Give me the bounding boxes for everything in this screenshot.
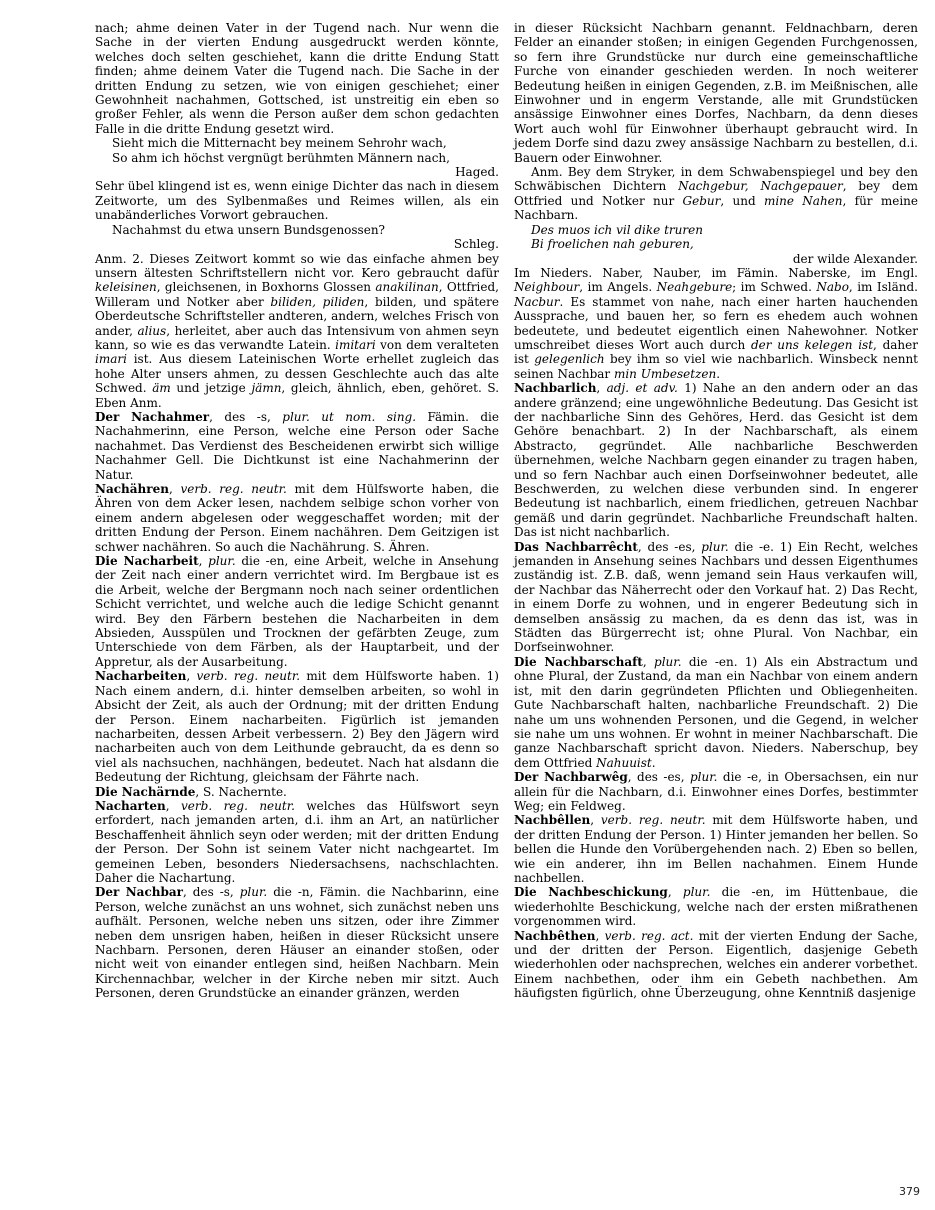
text-run: verb. reg. act.: [605, 929, 694, 943]
dictionary-entry: Der Nachahmer, des -s, plur. ut nom. sin…: [95, 410, 499, 482]
quote-attribution: Schleg.: [95, 237, 499, 251]
entry-headword: Nachähren: [95, 482, 169, 496]
entry-headword: Nacharbeiten: [95, 669, 186, 683]
text-run: Anm. 2. Dieses Zeitwort kommt so wie das…: [95, 252, 499, 280]
text-run: Neighbour: [514, 280, 579, 294]
text-run: plur.: [683, 885, 710, 899]
paragraph: nach; ahme deinen Vater in der Tugend na…: [95, 21, 499, 136]
text-run: plur.: [240, 885, 267, 899]
dictionary-entry: Nacharten, verb. reg. neutr. welches das…: [95, 799, 499, 885]
text-run: die -en, eine Arbeit, welche in Ansehung…: [95, 554, 499, 669]
text-run: plur.: [654, 655, 681, 669]
text-run: nach; ahme deinen Vater in der Tugend na…: [95, 21, 499, 136]
text-run: plur.: [208, 554, 235, 568]
text-run: ,: [595, 929, 604, 943]
text-run: , des -s,: [183, 885, 240, 899]
text-run: , gleichsenen, in Boxhorns Glossen: [157, 280, 376, 294]
entry-headword: Die Nacharbeit: [95, 554, 199, 568]
text-run: mit dem Hülfsworte haben. 1) Nach einem …: [95, 669, 499, 784]
text-run: imitari: [335, 338, 376, 352]
text-run: adj. et adv.: [607, 381, 678, 395]
verse-line: Sieht mich die Mitternacht bey meinem Se…: [95, 136, 499, 150]
text-run: Nahuuist: [596, 756, 652, 770]
entry-headword: Der Nachbarwêg: [514, 770, 628, 784]
text-run: keleisinen: [95, 280, 157, 294]
dictionary-entry: Die Nachärnde, S. Nachernte.: [95, 785, 499, 799]
entry-headword: Nachbêthen: [514, 929, 595, 943]
quote-attribution: der wilde Alexander.: [514, 252, 918, 266]
text-run: ,: [169, 482, 180, 496]
paragraph: Anm. Bey dem Stryker, in dem Schwabenspi…: [514, 165, 918, 223]
text-run: , des -es,: [638, 540, 701, 554]
text-run: und jetzige: [171, 381, 252, 395]
verse-line: Nachahmst du etwa unsern Bundsgenossen?: [95, 223, 499, 237]
paragraph: Anm. 2. Dieses Zeitwort kommt so wie das…: [95, 252, 499, 410]
text-run: ,: [590, 813, 601, 827]
text-run: min Umbesetzen: [614, 367, 716, 381]
text-run: 1) Nahe an den andern oder an das andere…: [514, 381, 918, 539]
text-run: biliden, piliden: [270, 295, 364, 309]
text-columns: nach; ahme deinen Vater in der Tugend na…: [0, 0, 935, 1001]
entry-headword: Die Nachärnde: [95, 785, 195, 799]
text-run: plur. ut nom. sing.: [282, 410, 416, 424]
dictionary-entry: Die Nacharbeit, plur. die -en, eine Arbe…: [95, 554, 499, 669]
text-run: .: [716, 367, 720, 381]
text-run: ,: [166, 799, 181, 813]
text-run: jämn: [251, 381, 281, 395]
text-run: in dieser Rücksicht Nachbarn genannt. Fe…: [514, 21, 918, 165]
verse-quote: Nachahmst du etwa unsern Bundsgenossen?: [95, 223, 499, 237]
text-run: verb. reg. neutr.: [181, 799, 295, 813]
paragraph: Im Nieders. Naber, Nauber, im Fämin. Nab…: [514, 266, 918, 381]
paragraph: Sehr übel klingend ist es, wenn einige D…: [95, 179, 499, 222]
text-run: ,: [199, 554, 209, 568]
dictionary-entry: Nachbêllen, verb. reg. neutr. mit dem Hü…: [514, 813, 918, 885]
text-run: der uns kelegen ist: [751, 338, 873, 352]
verse-line: Des muos ich vil dike truren: [514, 223, 918, 237]
verse-line: Bi froelichen nah geburen,: [514, 237, 918, 251]
text-run: anakilinan: [375, 280, 438, 294]
text-run: von dem veralteten: [376, 338, 499, 352]
text-run: verb. reg. neutr.: [601, 813, 706, 827]
dictionary-entry: Die Nachbeschickung, plur. die -en, im H…: [514, 885, 918, 928]
text-run: Nacbur: [514, 295, 560, 309]
text-run: Gebur: [683, 194, 721, 208]
text-run: ; im Schwed.: [732, 280, 816, 294]
dictionary-entry: Nacharbeiten, verb. reg. neutr. mit dem …: [95, 669, 499, 784]
text-run: imari: [95, 352, 127, 366]
text-run: Neahgebure: [657, 280, 733, 294]
text-run: verb. reg. neutr.: [196, 669, 300, 683]
text-run: ,: [186, 669, 196, 683]
dictionary-entry: Der Nachbar, des -s, plur. die -n, Fämin…: [95, 885, 499, 1000]
text-run: gelegenlich: [534, 352, 604, 366]
dictionary-entry: Der Nachbarwêg, des -es, plur. die -e, i…: [514, 770, 918, 813]
text-run: Im Nieders. Naber, Nauber, im Fämin. Nab…: [514, 266, 918, 280]
entry-headword: Nachbêllen: [514, 813, 590, 827]
paragraph: in dieser Rücksicht Nachbarn genannt. Fe…: [514, 21, 918, 165]
text-run: Nabo: [816, 280, 849, 294]
text-run: die -n, Fämin. die Nachbarinn, eine Pers…: [95, 885, 499, 1000]
right-column: in dieser Rücksicht Nachbarn genannt. Fe…: [514, 21, 918, 1001]
dictionary-entry: Nachbarlich, adj. et adv. 1) Nahe an den…: [514, 381, 918, 539]
entry-headword: Der Nachahmer: [95, 410, 209, 424]
quote-attribution: Haged.: [95, 165, 499, 179]
text-run: ,: [643, 655, 654, 669]
entry-headword: Nachbarlich: [514, 381, 596, 395]
entry-headword: Die Nachbarschaft: [514, 655, 643, 669]
entry-headword: Das Nachbarrêcht: [514, 540, 638, 554]
text-run: , im Angels.: [579, 280, 656, 294]
text-run: .: [652, 756, 656, 770]
page-number: 379: [899, 1185, 920, 1199]
text-run: , im Isländ.: [849, 280, 918, 294]
entry-headword: Der Nachbar: [95, 885, 183, 899]
text-run: alius: [137, 324, 166, 338]
dictionary-entry: Nachbêthen, verb. reg. act. mit der vier…: [514, 929, 918, 1001]
verse-quote: Sieht mich die Mitternacht bey meinem Se…: [95, 136, 499, 165]
dictionary-entry: Das Nachbarrêcht, des -es, plur. die -e.…: [514, 540, 918, 655]
verse-quote: Des muos ich vil dike trurenBi froeliche…: [514, 223, 918, 252]
entry-headword: Die Nachbeschickung: [514, 885, 668, 899]
entry-headword: Nacharten: [95, 799, 166, 813]
text-run: Sehr übel klingend ist es, wenn einige D…: [95, 179, 499, 222]
text-run: , des -s,: [209, 410, 282, 424]
text-run: , und: [720, 194, 764, 208]
dictionary-entry: Die Nachbarschaft, plur. die -en. 1) Als…: [514, 655, 918, 770]
text-run: ,: [668, 885, 683, 899]
text-run: äm: [152, 381, 171, 395]
dictionary-page: nach; ahme deinen Vater in der Tugend na…: [0, 0, 935, 1210]
left-column: nach; ahme deinen Vater in der Tugend na…: [95, 21, 499, 1001]
text-run: verb. reg. neutr.: [180, 482, 286, 496]
verse-line: So ahm ich höchst vergnügt berühmten Män…: [95, 151, 499, 165]
text-run: Nachgebur, Nachgepauer: [678, 179, 843, 193]
text-run: die -e. 1) Ein Recht, welches jemanden i…: [514, 540, 918, 655]
text-run: plur.: [701, 540, 728, 554]
text-run: , des -es,: [628, 770, 690, 784]
text-run: die -en. 1) Als ein Abstractum und ohne …: [514, 655, 918, 770]
text-run: mine Nahen: [764, 194, 843, 208]
text-run: plur.: [690, 770, 717, 784]
dictionary-entry: Nachähren, verb. reg. neutr. mit dem Hül…: [95, 482, 499, 554]
text-run: ,: [596, 381, 606, 395]
text-run: , S. Nachernte.: [195, 785, 286, 799]
